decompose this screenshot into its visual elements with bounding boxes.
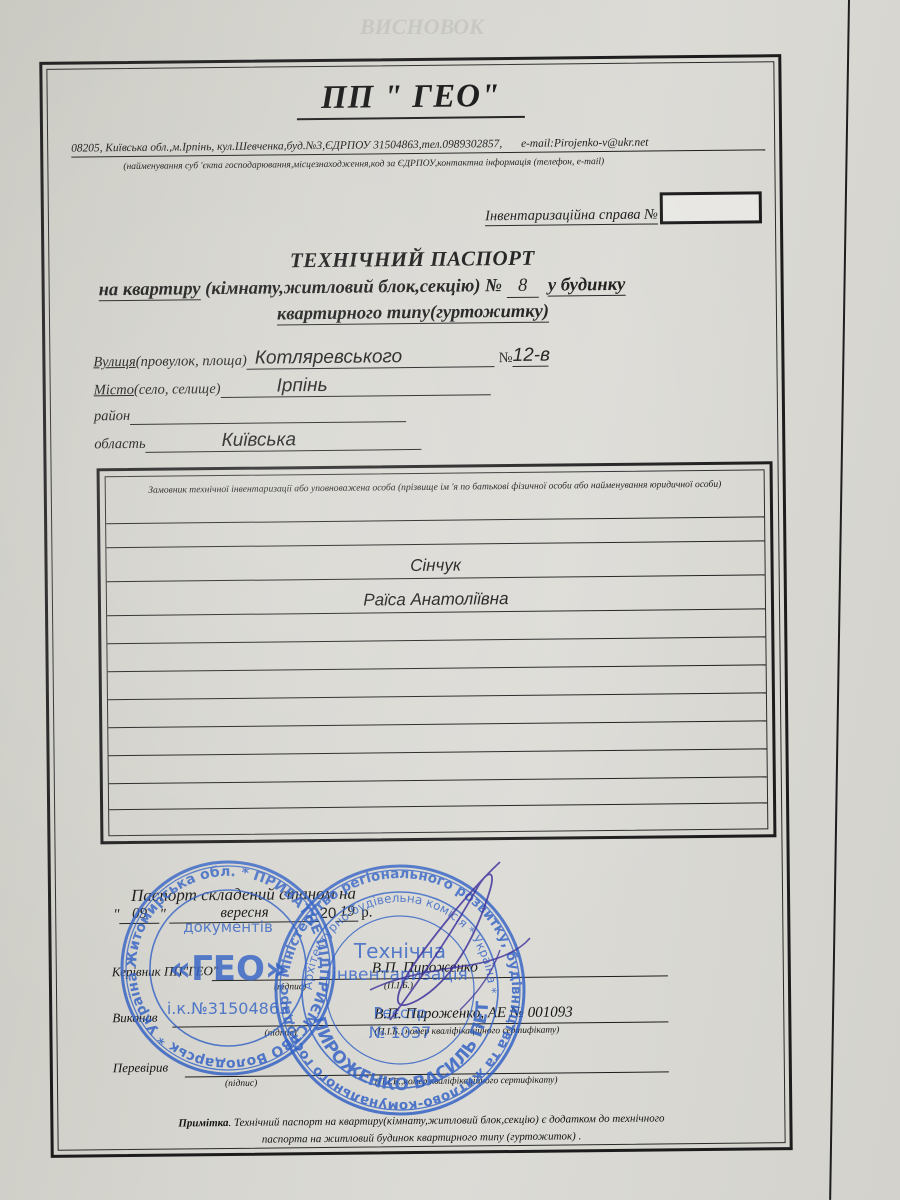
- district-field: район: [94, 403, 406, 425]
- district-value: [130, 403, 406, 425]
- name-caption: (П.І.Б.): [384, 981, 413, 991]
- underlying-page-edge: [829, 0, 850, 1200]
- owner-row-line: [108, 664, 766, 672]
- signature-caption: (підпис): [225, 1079, 257, 1089]
- performer-name: В.П. Пироженко, АЕ № 001093: [374, 1004, 573, 1023]
- city-value: Ірпінь: [220, 374, 490, 398]
- owner-row-line: [108, 692, 766, 700]
- owner-table-inner: Замовник технічної інвентаризації або уп…: [105, 469, 769, 836]
- owner-caption: Замовник технічної інвентаризації або уп…: [114, 476, 756, 498]
- name-certificate-caption: (П.І.Б.,номер кваліфікаційного сертифіка…: [375, 1076, 558, 1088]
- owner-table: Замовник технічної інвентаризації або уп…: [97, 461, 777, 844]
- owner-row-line: [106, 516, 764, 524]
- inventory-case-label: Інвентаризаційна справа №: [485, 206, 658, 226]
- compiled-month: вересня: [169, 904, 319, 924]
- signatory-name: В.П. Пироженко: [372, 959, 478, 977]
- compiled-date-label: Паспорт складений станом на: [131, 884, 356, 906]
- inventory-case-row: Інвентаризаційна справа №: [485, 191, 762, 226]
- compiled-date: " 09 " вересня 20 19 р.: [113, 903, 372, 924]
- passport-page: ПП " ГЕО" 08205, Київська обл.,м.Ірпінь,…: [39, 54, 792, 1158]
- house-number-value: 12-в: [512, 346, 548, 367]
- footnote: Примітка. Технічний паспорт на квартиру(…: [53, 1109, 789, 1151]
- region-field: область Київська: [94, 429, 421, 453]
- owner-row-line: [108, 720, 766, 728]
- region-value: Київська: [145, 429, 421, 453]
- owner-row-line: [109, 776, 767, 784]
- name-certificate-caption: (П.І.Б., номер кваліфікаційного сертифік…: [374, 1026, 559, 1038]
- owner-row-line: [109, 802, 767, 810]
- owner-row-line: [106, 540, 764, 548]
- signature-caption: (підпис): [274, 982, 306, 992]
- compiled-day: 09: [119, 906, 159, 924]
- owner-row-line: [107, 636, 765, 644]
- flat-number: 8: [507, 276, 539, 298]
- organization-name: ПП " ГЕО": [43, 75, 779, 120]
- signature-caption: (підпис): [264, 1028, 296, 1038]
- inventory-case-number-box[interactable]: [660, 191, 762, 224]
- underlying-page-ghost-text: ВИСНОВОК: [360, 14, 484, 40]
- street-value: Котляревського: [247, 346, 495, 370]
- owner-row-line: [109, 748, 767, 756]
- organization-email: e-mail:Pirojenko-v@ukr.net: [521, 137, 649, 150]
- compiled-year: 19: [336, 904, 358, 922]
- city-field: Місто (село, селище) Ірпінь: [94, 374, 491, 399]
